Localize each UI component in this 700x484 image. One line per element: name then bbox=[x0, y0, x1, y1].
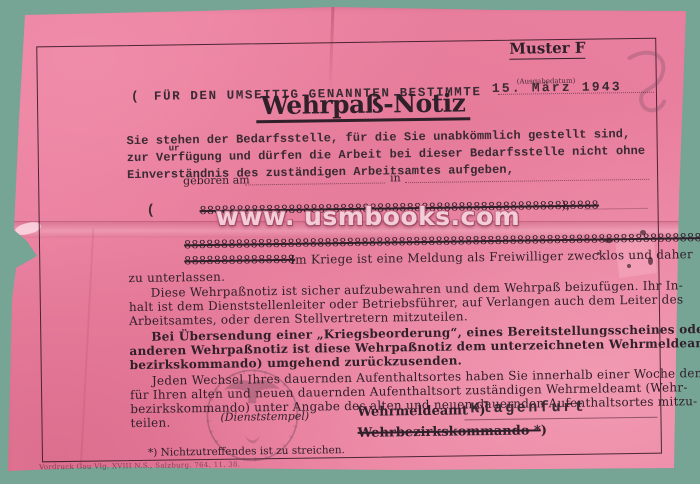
residence-paragraph-line-4: teilen. bbox=[130, 416, 170, 431]
redacted-line-3-prefix: 888888888888888 bbox=[184, 253, 295, 268]
typed-correction: ur bbox=[169, 143, 180, 153]
muster-f-label: Muster F bbox=[509, 39, 585, 60]
stray-typed-paren: ( bbox=[131, 89, 139, 104]
usmbooks-watermark: www. usmbooks.com bbox=[203, 202, 533, 231]
wehrbezirkskommando-label: Wehrbezirkskommando *) bbox=[358, 423, 547, 441]
printer-imprint: Vordruck Gau Vlg. XVIII N.S., Salzburg. … bbox=[39, 461, 240, 472]
war-volunteer-line-2: zu unterlassen. bbox=[128, 270, 225, 285]
wehrmeldeamt-label: Wehrmeldeamt *) bbox=[357, 403, 485, 420]
wehrbezirkskommando-struck: Wehrbezirkskommando * bbox=[358, 423, 541, 441]
form-title: Wehrpaß-Notiz bbox=[256, 88, 470, 123]
birthplace-field bbox=[405, 164, 649, 183]
born-on-label: geboren am bbox=[183, 173, 250, 187]
redaction-open-paren: ( bbox=[146, 203, 155, 219]
redacted-field-rule bbox=[584, 194, 647, 210]
born-in-label: in bbox=[390, 171, 401, 184]
born-on-field bbox=[245, 168, 385, 186]
photo-of-document: Muster F ( FÜR DEN UMSEITIG GENANNTEN BE… bbox=[0, 0, 700, 484]
wehrbezirkskommando-paren: ) bbox=[541, 423, 547, 438]
issue-date: 15. März 1943 bbox=[492, 79, 622, 96]
office-city: Klagenfurt bbox=[470, 399, 586, 418]
redaction-close-paren: ), bbox=[561, 198, 570, 212]
dienststempel-label: (Dienststempel) bbox=[220, 410, 309, 424]
